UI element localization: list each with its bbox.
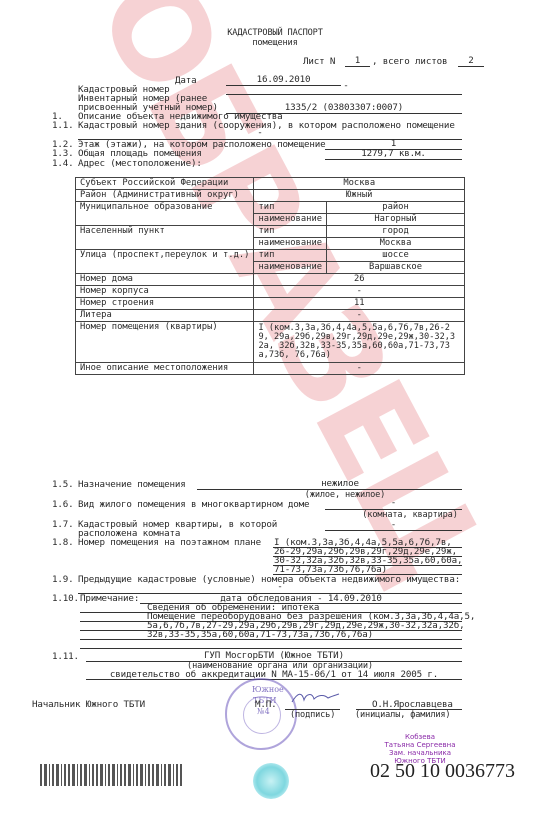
- locality-type-value: город: [327, 226, 465, 238]
- locality-name-label: наименование: [254, 238, 327, 250]
- street-type-label: тип: [254, 250, 327, 262]
- locality-name-value: Москва: [327, 238, 465, 250]
- organization-value: ГУП МосгорБТИ (Южное ТБТИ): [86, 651, 462, 661]
- building-label: Номер корпуса: [76, 286, 254, 298]
- serial-number: 02 50 10 0036773: [370, 760, 515, 783]
- table-row: Номер строения11: [76, 298, 465, 310]
- signature-icon: [290, 690, 340, 706]
- document-subtitle: помещения: [180, 38, 370, 48]
- table-row: Субъект Российской ФедерацииМосква: [76, 178, 465, 190]
- sheet-number: 1: [345, 56, 370, 66]
- certification-line: Татьяна Сергеевна: [370, 741, 470, 749]
- street-type-value: шоссе: [327, 250, 465, 262]
- table-row: Населенный пункттипгород: [76, 226, 465, 238]
- note-line: 32в,33-35,35а,60,60а,71-73,73а,73б,76,76…: [147, 630, 373, 640]
- structure-label: Номер строения: [76, 298, 254, 310]
- hologram-seal-icon: [253, 763, 289, 799]
- table-row: Район (Административный округ)Южный: [76, 190, 465, 202]
- house-label: Номер дома: [76, 274, 254, 286]
- dwelling-type-value: -: [325, 498, 462, 508]
- address-table: Субъект Российской ФедерацииМосква Район…: [75, 177, 465, 375]
- section-1-7-number: 1.7.: [52, 520, 74, 530]
- municipal-name-value: Нагорный: [327, 214, 465, 226]
- section-1-10-label: Примечание:: [80, 594, 139, 604]
- letter-value: -: [254, 310, 465, 322]
- signature-hint: (подпись): [290, 710, 335, 720]
- signatory-name: О.Н.Ярославцева: [372, 700, 453, 710]
- table-row: Иное описание местоположения-: [76, 363, 465, 375]
- structure-value: 11: [254, 298, 465, 310]
- municipal-type-label: тип: [254, 202, 327, 214]
- locality-type-label: тип: [254, 226, 327, 238]
- section-1-11-number: 1.11.: [52, 652, 79, 662]
- certification-line: Зам. начальника: [370, 749, 470, 757]
- document-title: КАДАСТРОВЫЙ ПАСПОРТ: [180, 28, 370, 38]
- section-1-4-number: 1.4.: [52, 159, 74, 169]
- certification-line: Кобзева: [370, 733, 470, 741]
- previous-numbers-value: -: [270, 582, 290, 592]
- table-row: Муниципальное образованиетипрайон: [76, 202, 465, 214]
- total-sheets-label: , всего листов: [372, 57, 447, 67]
- purpose-value: нежилое: [270, 479, 410, 489]
- section-1-8-label: Номер помещения на поэтажном плане: [78, 538, 261, 548]
- table-row: Улица (проспект,переулок и т.д.)типшоссе: [76, 250, 465, 262]
- barcode-icon: [40, 764, 182, 786]
- table-row: Номер корпуса-: [76, 286, 465, 298]
- municipal-label: Муниципальное образование: [76, 202, 254, 226]
- section-1-6-number: 1.6.: [52, 500, 74, 510]
- total-sheets: 2: [458, 56, 484, 66]
- municipal-type-value: район: [327, 202, 465, 214]
- date-label: Дата: [175, 76, 197, 86]
- cadastral-number-value: -: [336, 81, 356, 91]
- section-1-6-label: Вид жилого помещения в многоквартирном д…: [78, 500, 309, 510]
- date-value: 16.09.2010: [226, 75, 341, 85]
- section-1-9-number: 1.9.: [52, 575, 74, 585]
- subject-value: Москва: [254, 178, 465, 190]
- locality-label: Населенный пункт: [76, 226, 254, 250]
- stamp-line: Южное: [252, 685, 284, 694]
- other-label: Иное описание местоположения: [76, 363, 254, 375]
- table-row: Номер помещения (квартиры)I (ком.3,3а,3б…: [76, 322, 465, 363]
- apartment-cadastral-value: -: [325, 520, 462, 530]
- street-name-label: наименование: [254, 262, 327, 274]
- house-value: 26: [254, 274, 465, 286]
- section-1-5-label: Назначение помещения: [78, 480, 186, 490]
- seal-place-label: М.П.: [255, 700, 277, 710]
- section-1-5-number: 1.5.: [52, 480, 74, 490]
- section-1-4-label: Адрес (местоположение):: [78, 159, 202, 169]
- subject-label: Субъект Российской Федерации: [76, 178, 254, 190]
- street-label: Улица (проспект,переулок и т.д.): [76, 250, 254, 274]
- other-value: -: [254, 363, 465, 375]
- dwelling-type-hint: (комната, квартира): [355, 510, 465, 520]
- building-cadastral-value: -: [250, 128, 270, 138]
- cadastral-passport-page: ОБРАЗЕЦ КАДАСТРОВЫЙ ПАСПОРТ помещения Ли…: [0, 0, 548, 819]
- section-1-1-number: 1.1.: [52, 121, 74, 131]
- section-1-8-number: 1.8.: [52, 538, 74, 548]
- accreditation-text: свидетельство об аккредитации N МА-15-06…: [86, 670, 462, 680]
- municipal-name-label: наименование: [254, 214, 327, 226]
- district-value: Южный: [254, 190, 465, 202]
- letter-label: Литера: [76, 310, 254, 322]
- table-row: Литера-: [76, 310, 465, 322]
- street-name-value: Варшавское: [327, 262, 465, 274]
- building-value: -: [254, 286, 465, 298]
- sheet-label: Лист N: [303, 57, 335, 67]
- premises-label: Номер помещения (квартиры): [76, 322, 254, 363]
- district-label: Район (Административный округ): [76, 190, 254, 202]
- area-value: 1279,7 кв.м.: [325, 149, 462, 159]
- premises-value: I (ком.3,3а,3б,4,4а,5,5а,6,7б,7в,26-29, …: [254, 322, 465, 363]
- signatory-name-hint: (инициалы, фамилия): [355, 710, 450, 720]
- signatory-position: Начальник Южного ТБТИ: [32, 700, 145, 710]
- table-row: Номер дома26: [76, 274, 465, 286]
- section-1-10-number: 1.10.: [52, 594, 79, 604]
